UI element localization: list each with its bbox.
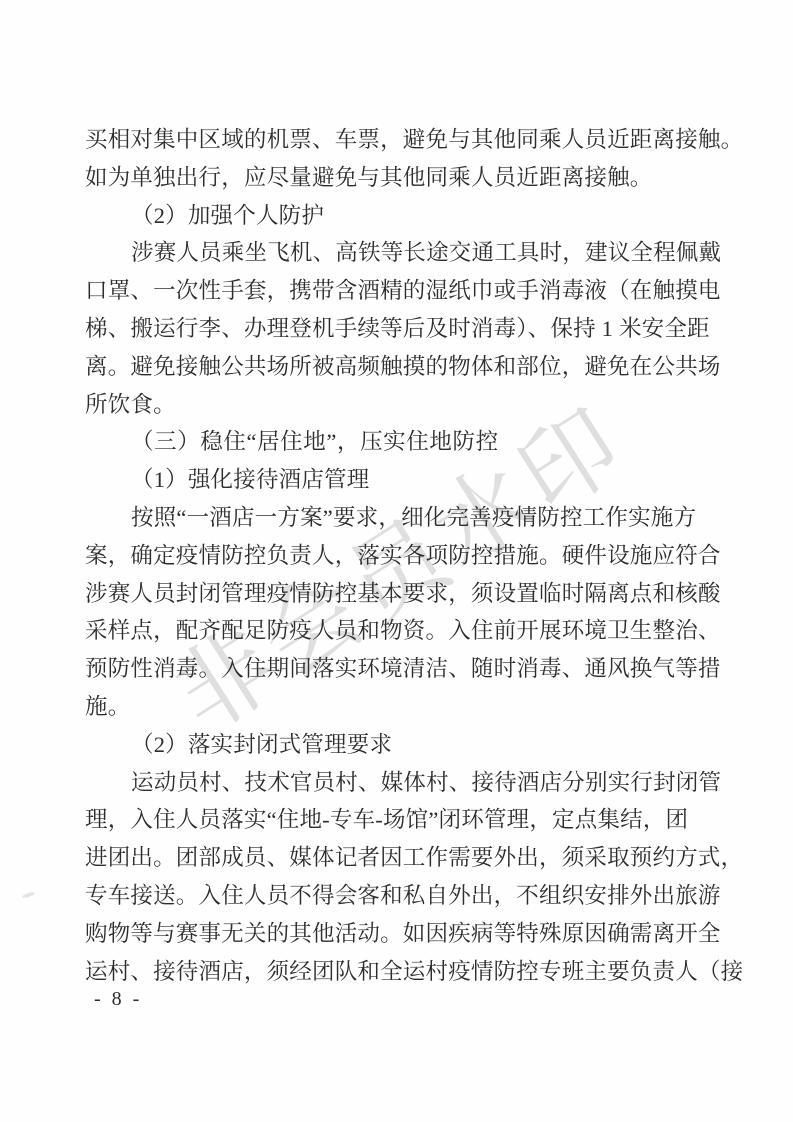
text-line: 理，入住人员落实“住地-专车-场馆”闭环管理，定点集结，团 [85, 801, 725, 839]
section-heading: （三）稳住“居住地”，压实住地防控 [85, 423, 725, 461]
page-number: - 8 - [94, 988, 142, 1011]
text-line: 运村、接待酒店，须经团队和全运村疫情防控专班主要负责人（接 [85, 953, 725, 991]
text-line: 专车接送。入住人员不得会客和私自外出，不组织安排外出旅游 [85, 877, 725, 915]
text-line: 口罩、一次性手套，携带含酒精的湿纸巾或手消毒液（在触摸电 [85, 272, 725, 310]
text-line: 进团出。团部成员、媒体记者因工作需要外出，须采取预约方式， [85, 839, 725, 877]
text-line: （2）落实封闭式管理要求 [85, 726, 725, 764]
text-line: 按照“一酒店一方案”要求，细化完善疫情防控工作实施方 [85, 499, 725, 537]
text-line: 离。避免接触公共场所被高频触摸的物体和部位，避免在公共场 [85, 348, 725, 386]
text-line: 预防性消毒。入住期间落实环境清洁、随时消毒、通风换气等措 [85, 650, 725, 688]
text-line: 施。 [85, 688, 725, 726]
text-line: 如为单独出行，应尽量避免与其他同乘人员近距离接触。 [85, 159, 725, 197]
text-line: （1）强化接待酒店管理 [85, 461, 725, 499]
text-line: 买相对集中区域的机票、车票，避免与其他同乘人员近距离接触。 [85, 121, 725, 159]
text-line: 涉赛人员封闭管理疫情防控基本要求，须设置临时隔离点和核酸 [85, 575, 725, 613]
text-line: 案，确定疫情防控负责人，落实各项防控措施。硬件设施应符合 [85, 537, 725, 575]
text-line: 所饮食。 [85, 386, 725, 424]
text-line: 采样点，配齐配足防疫人员和物资。入住前开展环境卫生整治、 [85, 612, 725, 650]
document-body: 买相对集中区域的机票、车票，避免与其他同乘人员近距离接触。如为单独出行，应尽量避… [85, 121, 725, 990]
text-line: 涉赛人员乘坐飞机、高铁等长途交通工具时，建议全程佩戴 [85, 234, 725, 272]
document-page: 非会员水印 买相对集中区域的机票、车票，避免与其他同乘人员近距离接触。如为单独出… [0, 0, 793, 1122]
text-line: 购物等与赛事无关的其他活动。如因疾病等特殊原因确需离开全 [85, 915, 725, 953]
text-line: 运动员村、技术官员村、媒体村、接待酒店分别实行封闭管 [85, 764, 725, 802]
text-line: 梯、搬运行李、办理登机手续等后及时消毒）、保持 1 米安全距 [85, 310, 725, 348]
scan-speck [22, 891, 36, 899]
text-line: （2）加强个人防护 [85, 197, 725, 235]
